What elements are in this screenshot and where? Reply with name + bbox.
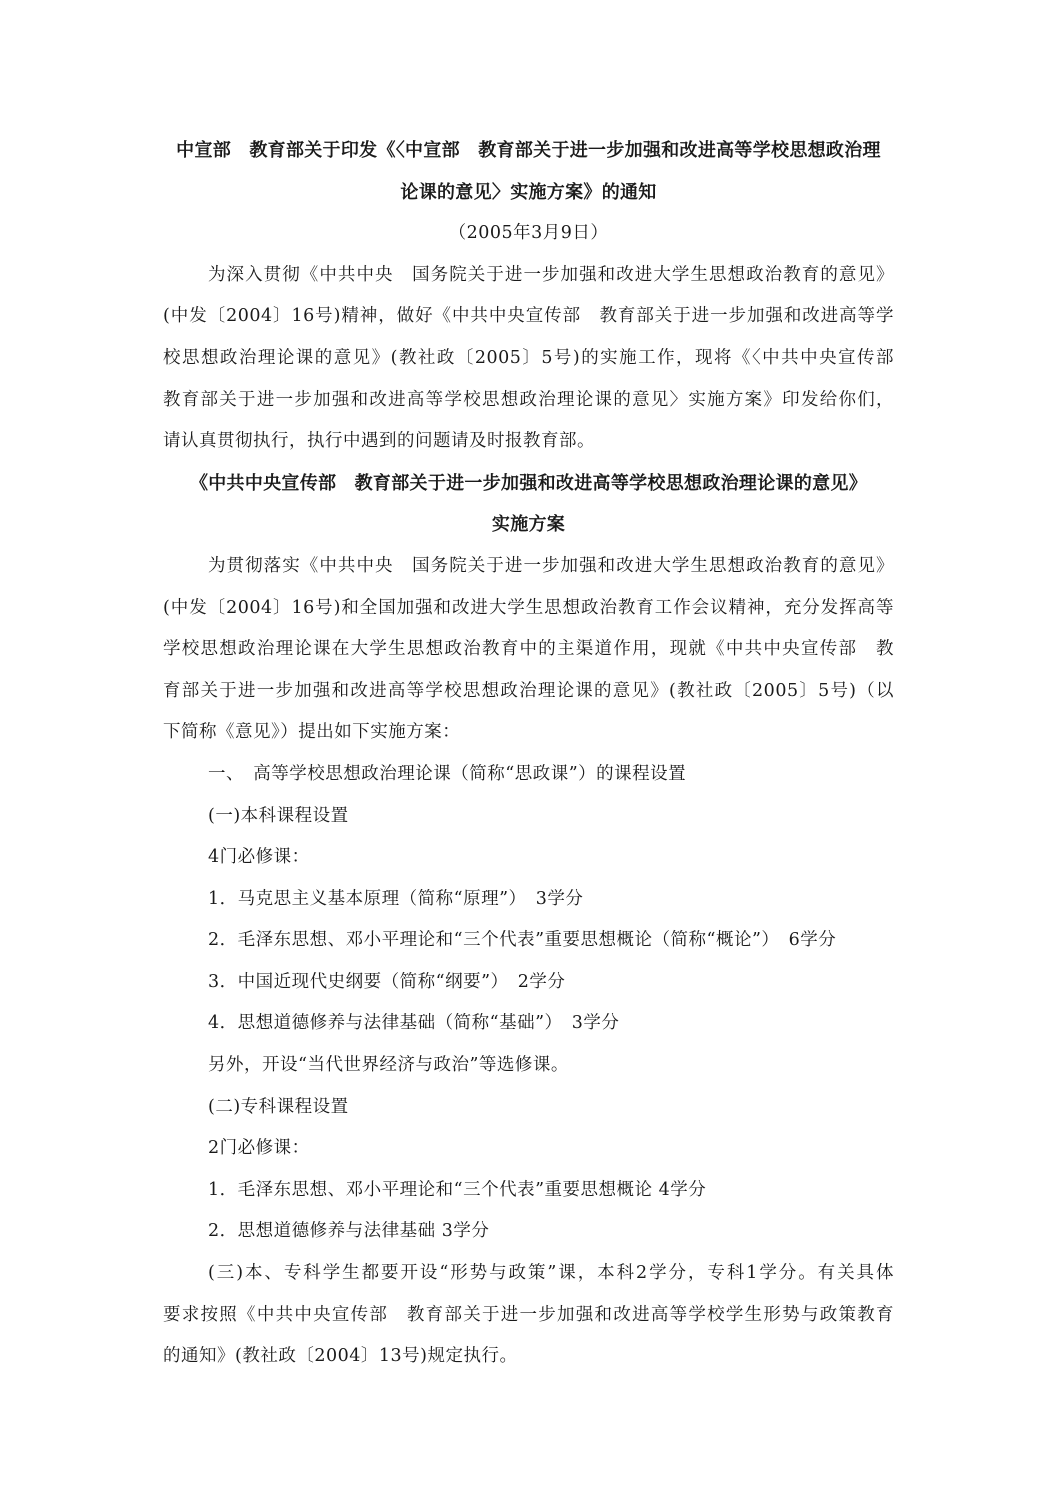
document-date: （2005年3月9日） [163, 213, 894, 255]
document-page: 中宣部 教育部关于印发《〈中宣部 教育部关于进一步加强和改进高等学校思想政治理 … [163, 130, 894, 1378]
paragraph-line: 为深入贯彻《中共中央 国务院关于进一步加强和改进大学生思想政治教育的意见》 [163, 255, 894, 297]
paragraph-line: 为贯彻落实《中共中央 国务院关于进一步加强和改进大学生思想政治教育的意见》 [163, 546, 894, 588]
document-title-line-2: 论课的意见〉实施方案》的通知 [163, 172, 894, 214]
subtitle-line-2: 实施方案 [163, 504, 894, 546]
course-item: 3．中国近现代史纲要（简称“纲要”） 2学分 [163, 962, 894, 1004]
preamble-paragraph: 为贯彻落实《中共中央 国务院关于进一步加强和改进大学生思想政治教育的意见》 (中… [163, 546, 894, 754]
policy-paragraph: (三)本、专科学生都要开设“形势与政策”课，本科2学分，专科1学分。有关具体 要… [163, 1253, 894, 1378]
course-item: 2．思想道德修养与法律基础 3学分 [163, 1211, 894, 1253]
electives-note: 另外，开设“当代世界经济与政治”等选修课。 [163, 1045, 894, 1087]
paragraph-line: 学校思想政治理论课在大学生思想政治教育中的主渠道作用，现就《中共中央宣传部 教 [163, 629, 894, 671]
section-heading: 一、 高等学校思想政治理论课（简称“思政课”）的课程设置 [163, 754, 894, 796]
junior-college-heading: (二)专科课程设置 [163, 1087, 894, 1129]
paragraph-line: 请认真贯彻执行，执行中遇到的问题请及时报教育部。 [163, 421, 894, 463]
paragraph-line: (中发〔2004〕16号)和全国加强和改进大学生思想政治教育工作会议精神，充分发… [163, 588, 894, 630]
paragraph-line: 下简称《意见》）提出如下实施方案： [163, 712, 894, 754]
section-1: 一、 高等学校思想政治理论课（简称“思政课”）的课程设置 (一)本科课程设置 4… [163, 754, 894, 1378]
paragraph-line: (三)本、专科学生都要开设“形势与政策”课，本科2学分，专科1学分。有关具体 [163, 1253, 894, 1295]
paragraph-line: 要求按照《中共中央宣传部 教育部关于进一步加强和改进高等学校学生形势与政策教育 [163, 1295, 894, 1337]
course-item: 4．思想道德修养与法律基础（简称“基础”） 3学分 [163, 1003, 894, 1045]
course-item: 2．毛泽东思想、邓小平理论和“三个代表”重要思想概论（简称“概论”） 6学分 [163, 920, 894, 962]
course-item: 1．毛泽东思想、邓小平理论和“三个代表”重要思想概论 4学分 [163, 1170, 894, 1212]
paragraph-line: 育部关于进一步加强和改进高等学校思想政治理论课的意见》(教社政〔2005〕5号)… [163, 671, 894, 713]
paragraph-line: 校思想政治理论课的意见》(教社政〔2005〕5号)的实施工作，现将《〈中共中央宣… [163, 338, 894, 380]
document-title-line-1: 中宣部 教育部关于印发《〈中宣部 教育部关于进一步加强和改进高等学校思想政治理 [163, 130, 894, 172]
paragraph-line: (中发〔2004〕16号)精神，做好《中共中央宣传部 教育部关于进一步加强和改进… [163, 296, 894, 338]
paragraph-line: 教育部关于进一步加强和改进高等学校思想政治理论课的意见〉实施方案》印发给你们， [163, 380, 894, 422]
junior-college-required-label: 2门必修课： [163, 1128, 894, 1170]
paragraph-line: 的通知》(教社政〔2004〕13号)规定执行。 [163, 1336, 894, 1378]
undergraduate-required-label: 4门必修课： [163, 837, 894, 879]
subtitle-line-1: 《中共中央宣传部 教育部关于进一步加强和改进高等学校思想政治理论课的意见》 [163, 463, 894, 505]
course-item: 1．马克思主义基本原理（简称“原理”） 3学分 [163, 879, 894, 921]
undergraduate-heading: (一)本科课程设置 [163, 796, 894, 838]
intro-paragraph: 为深入贯彻《中共中央 国务院关于进一步加强和改进大学生思想政治教育的意见》 (中… [163, 255, 894, 463]
